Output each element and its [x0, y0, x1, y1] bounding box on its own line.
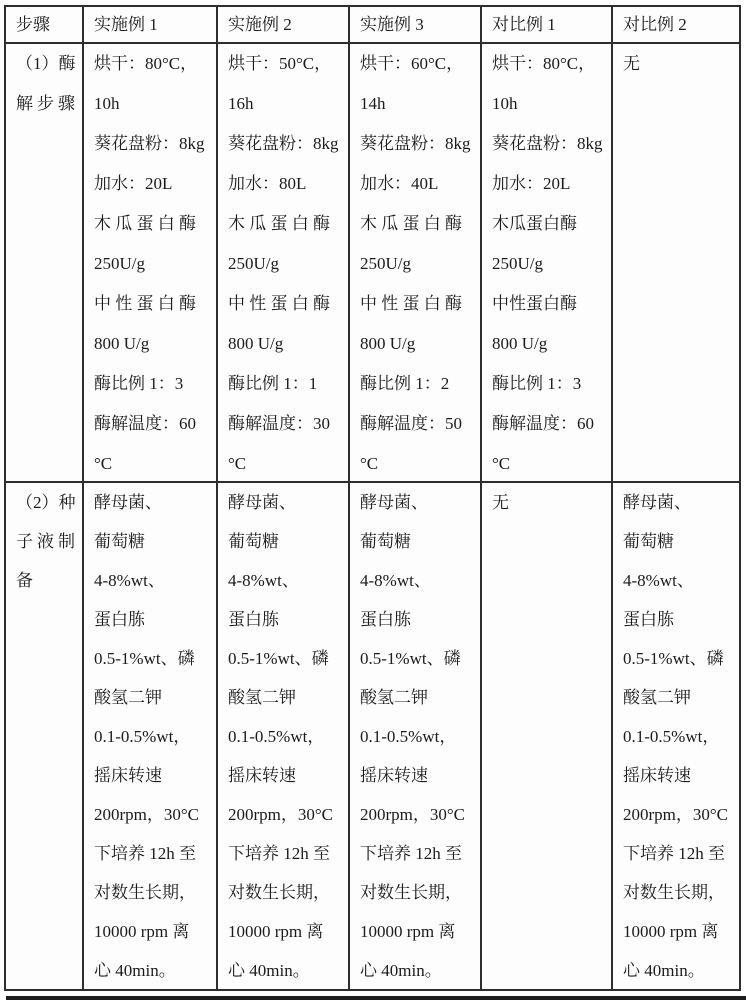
cell-line: °C: [228, 444, 343, 483]
cell-line: 酵母菌、: [94, 483, 211, 522]
cell-line: 摇床转速: [623, 756, 734, 795]
cell-line: 800 U/g: [360, 324, 475, 364]
data-cell: 酵母菌、葡萄糖4-8%wt、蛋白胨0.5-1%wt、磷酸氢二钾0.1-0.5%w…: [84, 483, 218, 989]
cell-line: 酸氢二钾: [360, 678, 475, 717]
cell-line: 下培养 12h 至: [228, 834, 343, 873]
cell-line: 酸氢二钾: [228, 678, 343, 717]
data-cell: 酵母菌、葡萄糖4-8%wt、蛋白胨0.5-1%wt、磷酸氢二钾0.1-0.5%w…: [218, 483, 350, 989]
data-cell: 烘干：50°C，16h葵花盘粉：8kg加水：80L木 瓜 蛋 白 酶250U/g…: [218, 44, 350, 483]
cell-line: 酵母菌、: [228, 483, 343, 522]
cell-line: 对数生长期，: [360, 873, 475, 912]
cell-line: 木 瓜 蛋 白 酶: [360, 204, 475, 244]
cell-line: 蛋白胨: [228, 600, 343, 639]
cell-line: 木瓜蛋白酶: [492, 204, 606, 244]
cell-line: 4-8%wt、: [228, 561, 343, 600]
cell-line: 摇床转速: [94, 756, 211, 795]
cell-line: 250U/g: [228, 244, 343, 284]
cell-line: 4-8%wt、: [623, 561, 734, 600]
cell-line: 葡萄糖: [623, 522, 734, 561]
cell-line: 葵花盘粉：8kg: [360, 124, 475, 164]
cell-line: 10000 rpm 离: [623, 912, 734, 951]
row-label-line: 子液制: [16, 522, 75, 561]
cell-line: 无: [492, 483, 606, 522]
cell-line: 200rpm，30°C: [94, 795, 211, 834]
cell-line: 加水：40L: [360, 164, 475, 204]
cell-line: 中性蛋白酶: [492, 284, 606, 324]
data-cell: 无: [482, 483, 613, 989]
cell-line: 0.5-1%wt、磷: [360, 639, 475, 678]
cell-line: 加水：20L: [492, 164, 606, 204]
cell-line: °C: [492, 444, 606, 483]
cell-line: 200rpm，30°C: [228, 795, 343, 834]
cell-line: 酶解温度：60: [94, 404, 211, 444]
cell-line: 葵花盘粉：8kg: [94, 124, 211, 164]
cell-line: 250U/g: [492, 244, 606, 284]
cell-line: 酵母菌、: [623, 483, 734, 522]
cell-line: 木 瓜 蛋 白 酶: [228, 204, 343, 244]
cell-line: 0.1-0.5%wt，: [94, 717, 211, 756]
cell-line: 10000 rpm 离: [228, 912, 343, 951]
data-cell: 烘干：60°C，14h葵花盘粉：8kg加水：40L木 瓜 蛋 白 酶250U/g…: [350, 44, 482, 483]
cell-line: 10000 rpm 离: [360, 912, 475, 951]
cell-line: 烘干：60°C，: [360, 44, 475, 84]
cell-line: 下培养 12h 至: [94, 834, 211, 873]
cell-line: 摇床转速: [228, 756, 343, 795]
cell-line: °C: [94, 444, 211, 483]
cell-line: 0.1-0.5%wt，: [228, 717, 343, 756]
cell-line: 摇床转速: [360, 756, 475, 795]
table-cutoff-next-row-border: [6, 996, 746, 1000]
row-label-cell: （2）种子液制备: [6, 483, 84, 989]
cell-line: 中 性 蛋 白 酶: [228, 284, 343, 324]
cell-line: 800 U/g: [228, 324, 343, 364]
cell-line: 葡萄糖: [360, 522, 475, 561]
cell-line: 酵母菌、: [360, 483, 475, 522]
row-label-line: （2）种: [16, 483, 75, 522]
example-column-header: 对比例 2: [613, 7, 739, 44]
cell-line: 0.5-1%wt、磷: [94, 639, 211, 678]
cell-line: 16h: [228, 84, 343, 124]
cell-line: 酶比例 1：3: [492, 364, 606, 404]
cell-line: 木 瓜 蛋 白 酶: [94, 204, 211, 244]
data-cell: 酵母菌、葡萄糖4-8%wt、蛋白胨0.5-1%wt、磷酸氢二钾0.1-0.5%w…: [613, 483, 739, 989]
example-column-header: 实施例 2: [218, 7, 350, 44]
cell-line: 心 40min。: [360, 951, 475, 989]
cell-line: 250U/g: [94, 244, 211, 284]
cell-line: 对数生长期，: [94, 873, 211, 912]
cell-line: 800 U/g: [492, 324, 606, 364]
cell-line: 酶解温度：60: [492, 404, 606, 444]
cell-line: 14h: [360, 84, 475, 124]
cell-line: 酶比例 1：1: [228, 364, 343, 404]
cell-line: 无: [623, 44, 734, 84]
cell-line: 下培养 12h 至: [623, 834, 734, 873]
cell-line: 酶比例 1：3: [94, 364, 211, 404]
cell-line: 心 40min。: [94, 951, 211, 989]
cell-line: 4-8%wt、: [360, 561, 475, 600]
cell-line: 0.5-1%wt、磷: [623, 639, 734, 678]
cell-line: 酸氢二钾: [623, 678, 734, 717]
cell-line: 0.5-1%wt、磷: [228, 639, 343, 678]
cell-line: 葵花盘粉：8kg: [492, 124, 606, 164]
cell-line: 0.1-0.5%wt，: [360, 717, 475, 756]
cell-line: 酶解温度：50: [360, 404, 475, 444]
data-cell: 无: [613, 44, 739, 483]
cell-line: 酶解温度：30: [228, 404, 343, 444]
example-column-header: 对比例 1: [482, 7, 613, 44]
cell-line: 蛋白胨: [623, 600, 734, 639]
cell-line: 对数生长期，: [623, 873, 734, 912]
cell-line: 800 U/g: [94, 324, 211, 364]
cell-line: 烘干：80°C，: [492, 44, 606, 84]
cell-line: 250U/g: [360, 244, 475, 284]
patent-process-table: 步骤实施例 1实施例 2实施例 3对比例 1对比例 2（1）酶解步骤烘干：80°…: [4, 5, 741, 991]
example-column-header: 实施例 1: [84, 7, 218, 44]
row-label-line: 备: [16, 561, 75, 600]
cell-line: 200rpm，30°C: [360, 795, 475, 834]
cell-line: 200rpm，30°C: [623, 795, 734, 834]
cell-line: °C: [360, 444, 475, 483]
cell-line: 葵花盘粉：8kg: [228, 124, 343, 164]
cell-line: 葡萄糖: [94, 522, 211, 561]
cell-line: 4-8%wt、: [94, 561, 211, 600]
cell-line: 心 40min。: [228, 951, 343, 989]
cell-line: 加水：80L: [228, 164, 343, 204]
data-cell: 烘干：80°C，10h葵花盘粉：8kg加水：20L木瓜蛋白酶250U/g中性蛋白…: [482, 44, 613, 483]
cell-line: 心 40min。: [623, 951, 734, 989]
cell-line: 酶比例 1：2: [360, 364, 475, 404]
row-label-line: （1）酶: [16, 44, 75, 84]
cell-line: 0.1-0.5%wt，: [623, 717, 734, 756]
cell-line: 中 性 蛋 白 酶: [94, 284, 211, 324]
row-label-cell: （1）酶解步骤: [6, 44, 84, 483]
cell-line: 下培养 12h 至: [360, 834, 475, 873]
cell-line: 烘干：80°C，: [94, 44, 211, 84]
step-column-header: 步骤: [6, 7, 84, 44]
cell-line: 加水：20L: [94, 164, 211, 204]
example-column-header: 实施例 3: [350, 7, 482, 44]
cell-line: 酸氢二钾: [94, 678, 211, 717]
cell-line: 烘干：50°C，: [228, 44, 343, 84]
data-cell: 烘干：80°C，10h葵花盘粉：8kg加水：20L木 瓜 蛋 白 酶250U/g…: [84, 44, 218, 483]
cell-line: 10h: [94, 84, 211, 124]
cell-line: 蛋白胨: [360, 600, 475, 639]
row-label-line: 解步骤: [16, 84, 75, 124]
cell-line: 中 性 蛋 白 酶: [360, 284, 475, 324]
cell-line: 10000 rpm 离: [94, 912, 211, 951]
data-cell: 酵母菌、葡萄糖4-8%wt、蛋白胨0.5-1%wt、磷酸氢二钾0.1-0.5%w…: [350, 483, 482, 989]
cell-line: 蛋白胨: [94, 600, 211, 639]
cell-line: 对数生长期，: [228, 873, 343, 912]
cell-line: 10h: [492, 84, 606, 124]
cell-line: 葡萄糖: [228, 522, 343, 561]
